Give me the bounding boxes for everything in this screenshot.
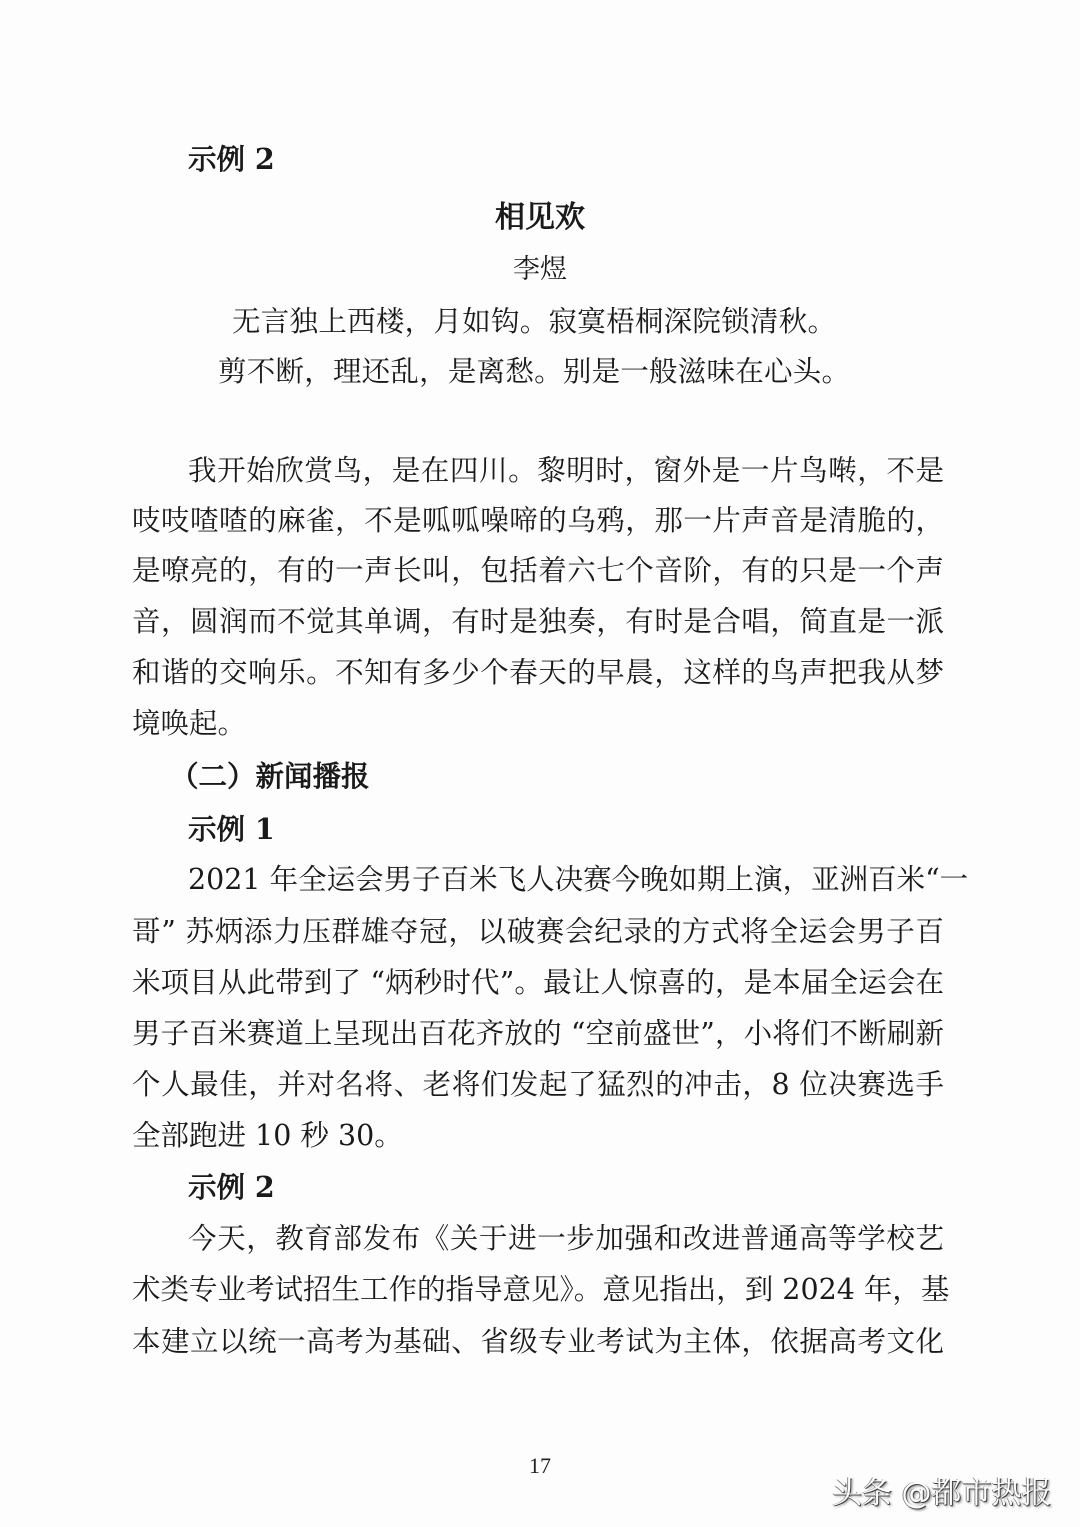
prose-line: 是嘹亮的，有的一声长叫，包括着六七个音阶，有的只是一个声 <box>132 551 944 591</box>
news-line: 全部跑进 10 秒 30。 <box>132 1116 944 1156</box>
prose-line: 境唤起。 <box>132 704 944 744</box>
source-watermark: 头条 @都市热报 <box>832 1474 1052 1514</box>
example-label: 示例 1 <box>188 809 275 849</box>
news-line: 术类专业考试招生工作的指导意见》。意见指出，到 2024 年，基 <box>132 1270 944 1310</box>
prose-line: 音，圆润而不觉其单调，有时是独奏，有时是合唱，简直是一派 <box>132 602 944 642</box>
poem-line: 无言独上西楼，月如钩。寂寞梧桐深院锁清秋。 <box>232 302 836 342</box>
prose-line: 和谐的交响乐。不知有多少个春天的早晨，这样的鸟声把我从梦 <box>132 653 944 693</box>
prose-line: 我开始欣赏鸟，是在四川。黎明时，窗外是一片鸟啭，不是 <box>188 451 944 491</box>
example-label: 示例 2 <box>188 1167 275 1207</box>
news-line: 男子百米赛道上呈现出百花齐放的 “空前盛世”，小将们不断刷新 <box>132 1014 944 1054</box>
news-line: 2021 年全运会男子百米飞人决赛今晚如期上演，亚洲百米“一 <box>188 860 944 900</box>
document-page: 示例 2 相见欢 李煜 无言独上西楼，月如钩。寂寞梧桐深院锁清秋。 剪不断，理还… <box>0 0 1080 1527</box>
poem-author: 李煜 <box>0 250 1080 290</box>
section-heading: （二）新闻播报 <box>170 756 370 796</box>
news-line: 本建立以统一高考为基础、省级专业考试为主体，依据高考文化 <box>132 1322 944 1362</box>
news-line: 米项目从此带到了 “炳秒时代”。最让人惊喜的，是本届全运会在 <box>132 963 944 1003</box>
example-label: 示例 2 <box>188 139 275 179</box>
poem-line: 剪不断，理还乱，是离愁。别是一般滋味在心头。 <box>218 352 850 392</box>
prose-line: 吱吱喳喳的麻雀，不是呱呱噪啼的乌鸦，那一片声音是清脆的， <box>132 501 944 541</box>
poem-title: 相见欢 <box>0 198 1080 238</box>
news-line: 个人最佳，并对名将、老将们发起了猛烈的冲击，8 位决赛选手 <box>132 1065 944 1105</box>
news-line: 今天，教育部发布《关于进一步加强和改进普通高等学校艺 <box>188 1219 944 1259</box>
news-line: 哥” 苏炳添力压群雄夺冠，以破赛会纪录的方式将全运会男子百 <box>132 912 944 952</box>
